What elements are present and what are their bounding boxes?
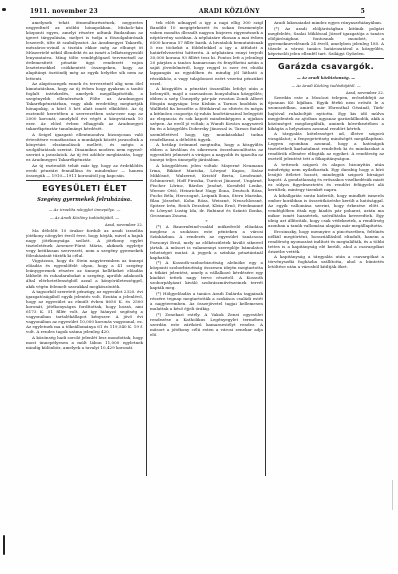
article-credit: — Az Aradi Közlöny tudósítójától. — xyxy=(268,83,384,88)
paragraph: (*) Az aradi elöljáróságban kitűnik polg… xyxy=(268,26,384,56)
paragraph: A kapitányság a tárgyalás után a csavarg… xyxy=(268,254,384,269)
header-date: 1911. november 23 xyxy=(30,8,98,15)
column-1: amelynek tehát ötmeniltnrészének, negyze… xyxy=(26,20,143,475)
article-headline: Garázda csavargók. xyxy=(268,62,384,72)
column-divider xyxy=(146,20,147,476)
paragraph: (*) Zenekari estély. A Vakok Zenei egyes… xyxy=(150,312,263,337)
header-rule xyxy=(30,17,365,18)
section-title: EGYESÜLETI ÉLET xyxy=(26,184,143,194)
article-dateline: Arad, november 22. xyxy=(268,90,384,95)
paragraph: A tettesek szigorú és alapos bizonyítás … xyxy=(268,162,384,192)
paragraph: A közgyűlés a pénztári összeállás lefoly… xyxy=(150,86,263,142)
column-2: tek előtt adnagyel a igy a napi ellig 30… xyxy=(150,20,263,473)
paragraph: (*) Hölgyelőadás a tanács Aradi Dalárda … xyxy=(150,291,263,311)
separator-asterisk: * xyxy=(150,219,263,224)
paragraph: Vigyázzon, hogy dr. Stein nagyteremben a… xyxy=(26,258,143,288)
scan-mark xyxy=(2,8,6,11)
paragraph: A hetilap örömmel megtudta, hogy a közgy… xyxy=(150,142,263,162)
paragraph: Ma délelőtt 10 órakor fordult az aradi i… xyxy=(26,228,143,258)
section-divider xyxy=(26,180,143,181)
column-divider xyxy=(265,20,266,476)
paragraph: Ercsinszky, hogy mennyire a pincészetben… xyxy=(268,229,384,254)
article-headline: Szegény gyermekek felruházása. xyxy=(26,197,143,204)
header-page-number: 5 xyxy=(361,8,365,15)
paragraph: (*) A Kossuth-szoborbizottság alelnöke e… xyxy=(150,260,263,290)
paragraph: Aradi lakosaiadat mindez egyes rúnyaszrh… xyxy=(268,20,384,25)
section-divider xyxy=(268,58,384,59)
paragraph: A közönség hadi soroló jelenlét lesz mon… xyxy=(26,335,143,350)
scan-mark xyxy=(392,480,393,510)
paragraph: A kihallgatás során kiderült, hogy mindk… xyxy=(268,193,384,228)
paragraph: Szerdán este a Mosóczi telepen, erősebbf… xyxy=(268,95,384,130)
paragraph: A Seigel igazgató ellentmondva bizonyosa… xyxy=(26,132,143,162)
paragraph: A közgyűlésen jelen voltak: Mayerné Neum… xyxy=(150,163,263,219)
scan-mark xyxy=(3,535,5,555)
paragraph: A tagsorból szeretett pénzügy, az egyesü… xyxy=(26,289,143,334)
article-kicker: — Az izraelita nőegylet ünnepélye. — xyxy=(26,207,143,212)
paragraph: Az alapösszegek ennek és tervezetnél ali… xyxy=(26,81,143,131)
page-header: 1911. november 23 ARADI KÖZLÖNY 5 xyxy=(30,6,365,16)
paragraph: tek előtt adnagyel a igy a napi ellig 30… xyxy=(150,20,263,86)
paragraph: A tárgyalás kötelességet ad, illetve szi… xyxy=(268,131,384,161)
paragraph: Az új esztendőt tehát már így, hogy az é… xyxy=(26,163,143,178)
paragraph: amelynek tehát ötmeniltnrészének, negyze… xyxy=(26,20,143,81)
column-3: Aradi lakosaiadat mindez egyes rúnyaszrh… xyxy=(268,20,384,475)
article-kicker: — Az aradi közbiztonság. — xyxy=(268,75,384,80)
article-credit: — Az Aradi Közlöny tudósítójától. — xyxy=(26,215,143,220)
article-dateline: Arad, november 22. xyxy=(26,222,143,227)
header-masthead: ARADI KÖZLÖNY xyxy=(199,8,260,15)
paragraph: (*) A Bauernfeind-család műkedvelő előad… xyxy=(150,224,263,259)
newspaper-page: 1911. november 23 ARADI KÖZLÖNY 5 amelyn… xyxy=(0,0,398,574)
